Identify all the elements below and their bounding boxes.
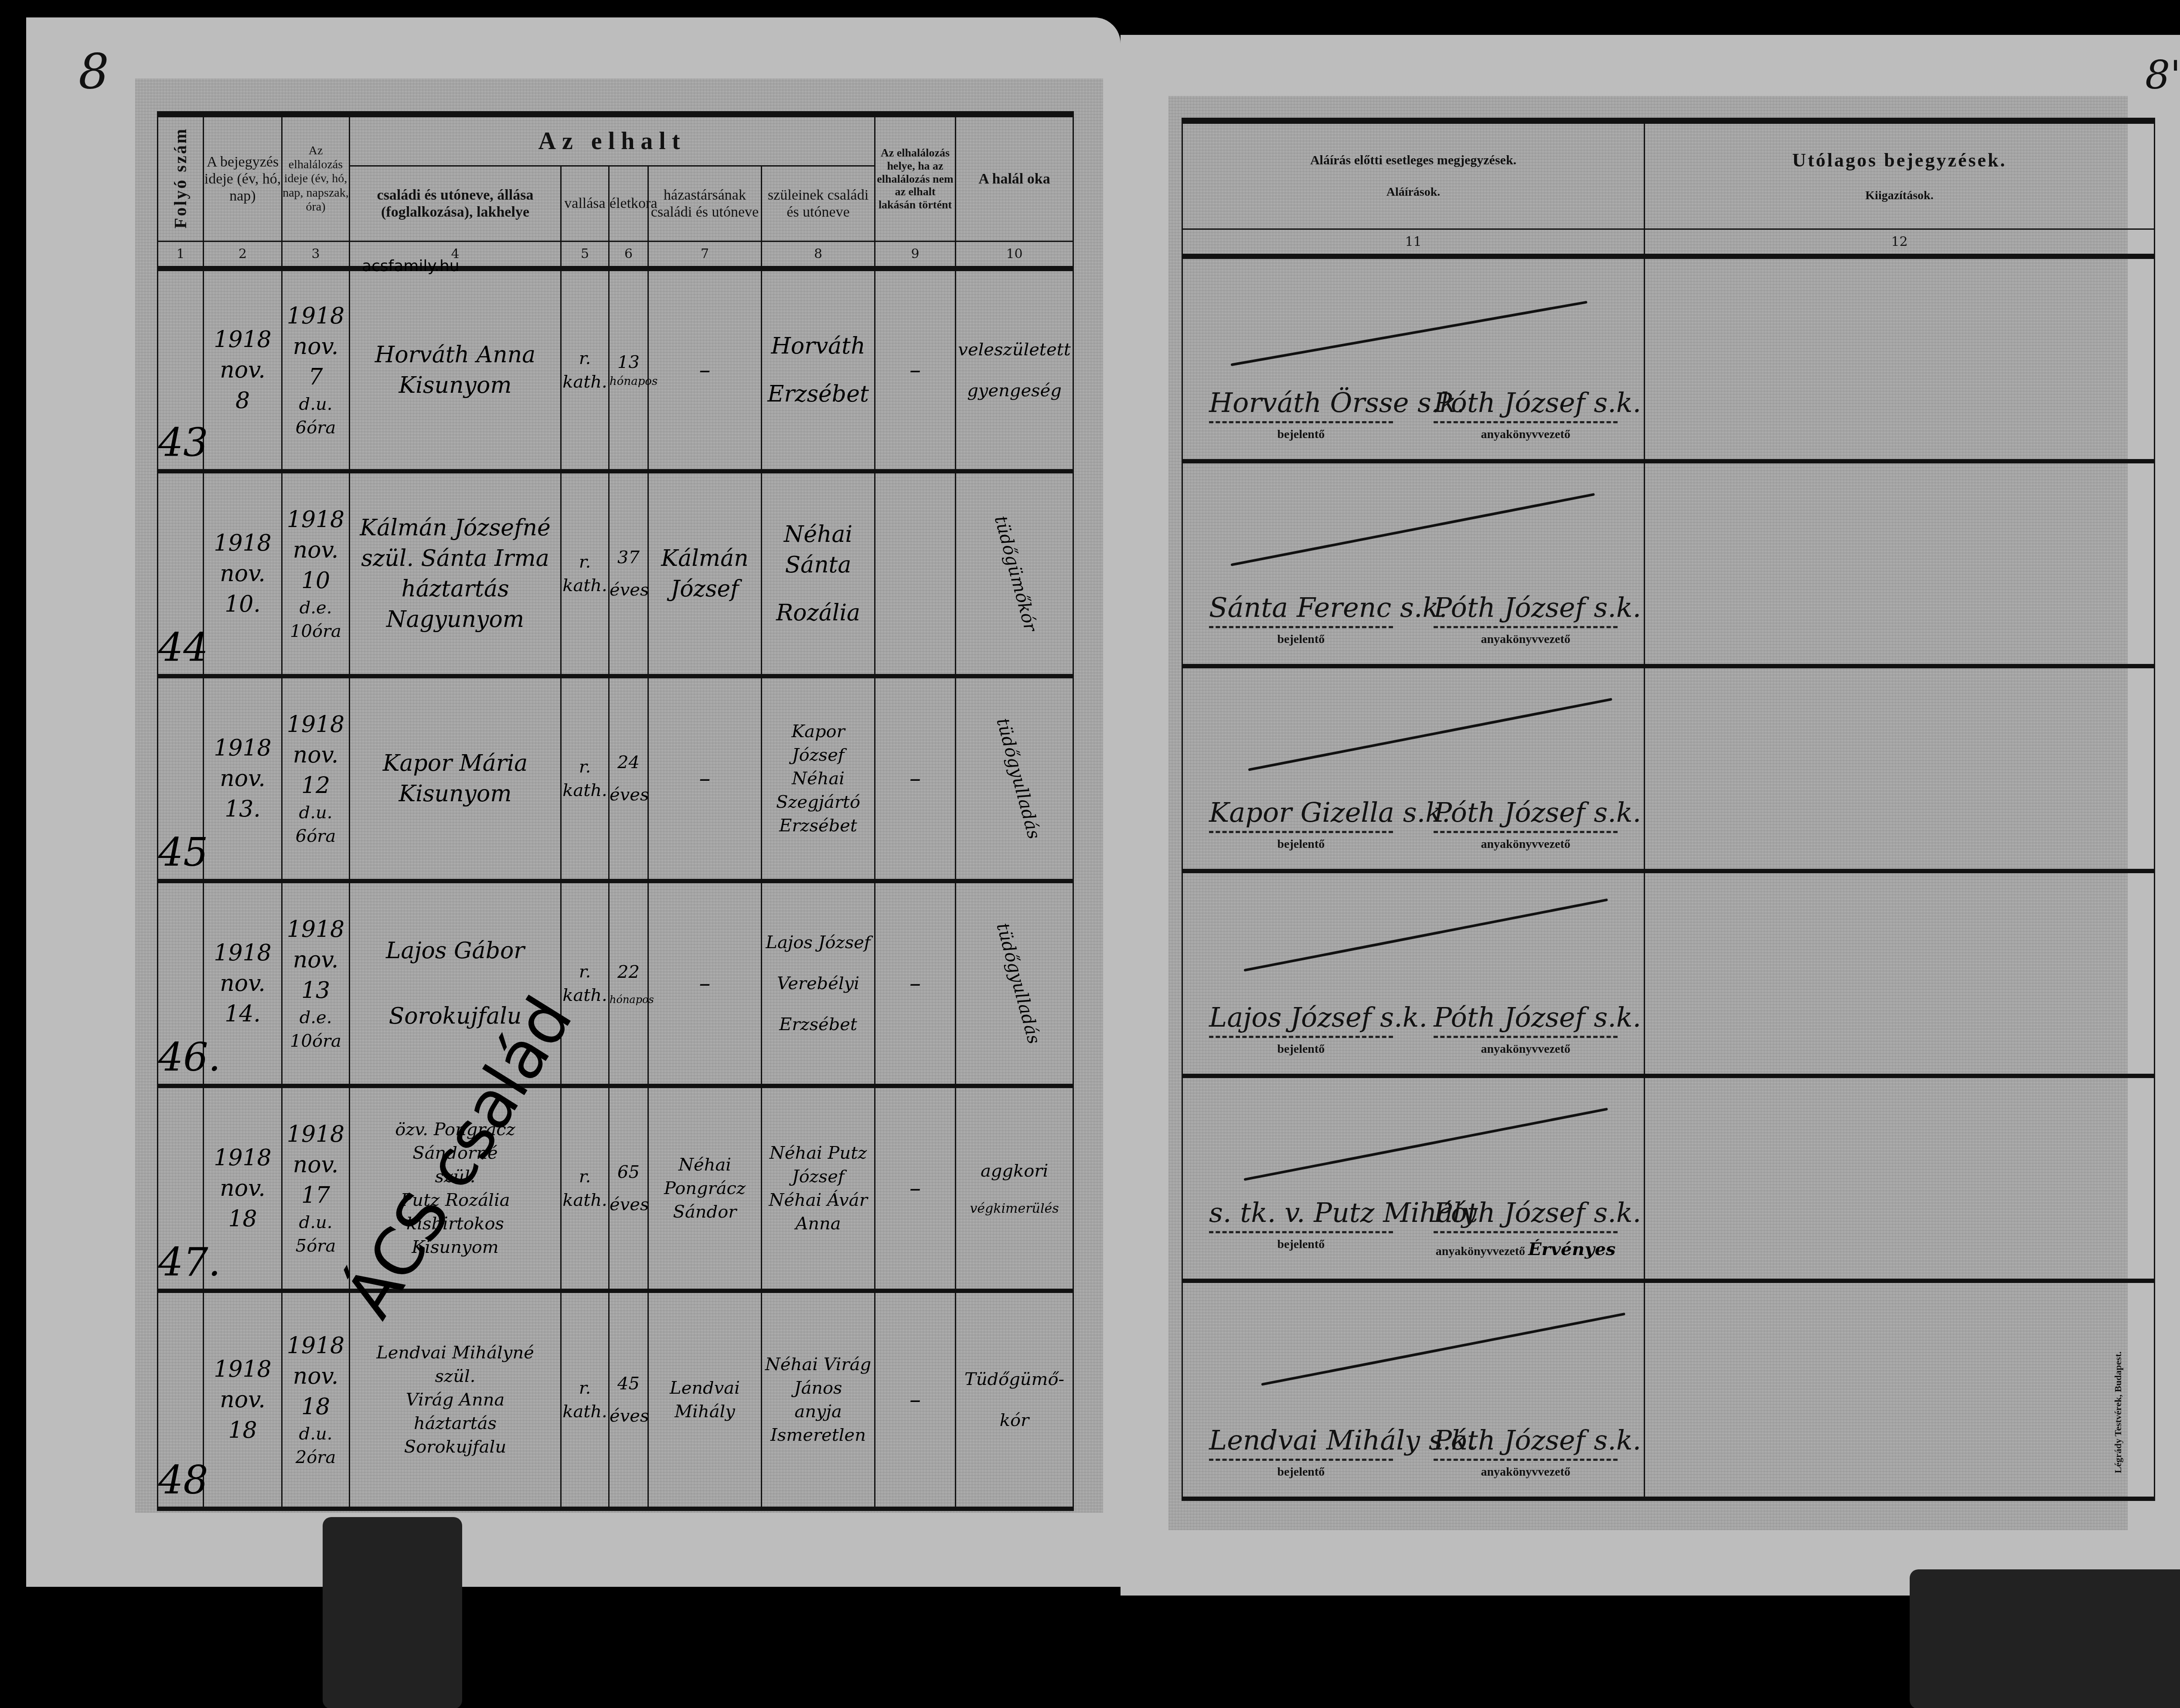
header-serial-number: Folyó szám bbox=[158, 114, 204, 242]
death-year: 1918 bbox=[283, 914, 349, 945]
serial-number: 44 bbox=[158, 625, 208, 670]
header-remarks-signatures: Aláírás előtti esetleges megjegyzések. A… bbox=[1182, 121, 1645, 229]
parent-name: Erzsébet bbox=[762, 814, 874, 837]
registrar-signature: Póth József s.k. bbox=[1434, 1001, 1618, 1033]
informant-signature: Horváth Örsse s.k. bbox=[1209, 387, 1393, 418]
parent-name: Horváth bbox=[762, 331, 874, 361]
signature-row: s. tk. v. Putz Mihálybejelentő Póth Józs… bbox=[1182, 1076, 2155, 1281]
entry-month: nov. bbox=[204, 1173, 281, 1204]
spouse-name: Kálmán József bbox=[661, 545, 748, 602]
col-number: 11 bbox=[1182, 229, 1645, 257]
death-place: – bbox=[909, 357, 921, 383]
death-day: 10 bbox=[283, 565, 349, 596]
death-year: 1918 bbox=[283, 504, 349, 535]
age-unit: hónapos bbox=[610, 374, 647, 389]
header-cause-of-death: A halál oka bbox=[956, 114, 1073, 242]
header-spouse-name: házastársának családi és utóneve bbox=[648, 166, 762, 242]
deceased-name: Kapor Mária bbox=[350, 748, 560, 779]
parent-name: Szegjártó bbox=[762, 790, 874, 814]
spouse-name: – bbox=[699, 970, 711, 997]
spouse-name: Lendvai Mihály bbox=[670, 1378, 740, 1422]
parent-name: Rozália bbox=[762, 598, 874, 628]
col-number: 10 bbox=[956, 242, 1073, 269]
registrar-signature: Póth József s.k. bbox=[1434, 796, 1618, 828]
informant-signature: Lajos József s.k. bbox=[1209, 1001, 1393, 1033]
printer-imprint: Légrády Testvérek, Budapest. bbox=[2112, 1351, 2124, 1473]
entry-year: 1918 bbox=[204, 1354, 281, 1385]
spouse-name: Néhai Pongrácz Sándor bbox=[664, 1155, 746, 1222]
cause-of-death: tüdőgümőkór bbox=[989, 513, 1042, 634]
registrar-label: anyakönyvvezető bbox=[1434, 1042, 1618, 1056]
entry-year: 1918 bbox=[204, 733, 281, 763]
death-place: – bbox=[909, 766, 921, 792]
col-number: 1 bbox=[158, 242, 204, 269]
later-entries-cell bbox=[1645, 666, 2155, 871]
death-day: 18 bbox=[283, 1392, 349, 1422]
death-day: 13 bbox=[283, 975, 349, 1006]
parent-name: Néhai Virág bbox=[762, 1353, 874, 1376]
strike-line bbox=[1230, 301, 1587, 366]
age-unit: éves bbox=[610, 1404, 647, 1428]
parent-name: József bbox=[762, 1165, 874, 1188]
entry-year: 1918 bbox=[204, 528, 281, 558]
maiden-prefix: szül. bbox=[350, 1364, 560, 1388]
col-number: 9 bbox=[875, 242, 956, 269]
strike-line bbox=[1243, 898, 1608, 972]
parent-name: Néhai Putz bbox=[762, 1141, 874, 1165]
later-entries-cell bbox=[1645, 256, 2155, 461]
registrar-signature: Póth József s.k. bbox=[1434, 387, 1618, 418]
registrar-signature: Póth József s.k. bbox=[1434, 592, 1618, 623]
informant-label: bejelentő bbox=[1209, 1465, 1393, 1479]
death-month: nov. bbox=[283, 740, 349, 770]
residence: Sorokujfalu bbox=[350, 1435, 560, 1459]
age-value: 13 bbox=[610, 350, 647, 374]
deceased-name: Kálmán Józsefné bbox=[350, 513, 560, 543]
age-value: 45 bbox=[610, 1372, 647, 1395]
entry-month: nov. bbox=[204, 1385, 281, 1415]
registrar-signature: Póth József s.k. bbox=[1434, 1424, 1618, 1456]
death-month: nov. bbox=[283, 535, 349, 565]
death-hour: d.e. 10óra bbox=[283, 1006, 349, 1053]
registrar-label: anyakönyvvezető bbox=[1436, 1245, 1525, 1258]
parent-name: János bbox=[762, 1376, 874, 1400]
table-row: 48 1918nov.18 1918nov.18d.u. 2óra Lendva… bbox=[158, 1291, 1073, 1509]
death-hour: d.u. 6óra bbox=[283, 801, 349, 848]
death-place: – bbox=[909, 1387, 921, 1413]
death-year: 1918 bbox=[283, 301, 349, 331]
cause-of-death: végkimerülés bbox=[956, 1200, 1073, 1218]
binding-clip bbox=[1910, 1569, 2180, 1708]
parent-name: Erzsébet bbox=[762, 1013, 874, 1036]
strike-line bbox=[1230, 493, 1595, 566]
age-unit: éves bbox=[610, 578, 647, 602]
cause-of-death: veleszületett bbox=[956, 338, 1073, 361]
age-unit: hónapos bbox=[610, 993, 647, 1007]
death-place: – bbox=[909, 970, 921, 997]
header-death-place: Az elhalálozás helye, ha az elhalálozás … bbox=[875, 114, 956, 242]
header-name-occupation-residence: családi és utóneve, állása (foglalkozása… bbox=[350, 166, 561, 242]
cause-of-death: gyengeség bbox=[956, 379, 1073, 402]
death-month: nov. bbox=[283, 945, 349, 975]
religion: r. kath. bbox=[562, 962, 607, 1005]
table-row: 45 1918nov.13. 1918nov.12d.u. 6óra Kapor… bbox=[158, 676, 1073, 881]
occupation: háztartás bbox=[350, 574, 560, 604]
serial-number: 43 bbox=[158, 420, 208, 466]
informant-signature: Sánta Ferenc s.k. bbox=[1209, 592, 1393, 623]
parent-name: Néhai bbox=[762, 767, 874, 790]
death-month: nov. bbox=[283, 1361, 349, 1392]
residence: Kisunyom bbox=[350, 779, 560, 809]
later-entries-cell bbox=[1645, 1076, 2155, 1281]
header-parents-names: szüleinek családi és utóneve bbox=[762, 166, 875, 242]
death-hour: d.u. 6óra bbox=[283, 392, 349, 439]
col-number: 8 bbox=[762, 242, 875, 269]
death-year: 1918 bbox=[283, 1119, 349, 1150]
informant-label: bejelentő bbox=[1209, 428, 1393, 442]
religion: r. kath. bbox=[562, 552, 607, 595]
death-month: nov. bbox=[283, 1150, 349, 1180]
residence: Kisunyom bbox=[350, 370, 560, 401]
spouse-name: – bbox=[699, 357, 711, 383]
serial-number: 48 bbox=[158, 1457, 208, 1503]
informant-label: bejelentő bbox=[1209, 1042, 1393, 1056]
parent-name: anyja bbox=[762, 1400, 874, 1423]
death-day: 7 bbox=[283, 362, 349, 392]
strike-line bbox=[1248, 698, 1612, 771]
right-page-number: 8' bbox=[2145, 52, 2180, 98]
religion: r. kath. bbox=[562, 1378, 607, 1422]
table-row: 43 1918nov.8 1918nov.7d.u. 6óra Horváth … bbox=[158, 269, 1073, 471]
col-number: 3 bbox=[282, 242, 350, 269]
entry-day: 14. bbox=[204, 999, 281, 1029]
death-month: nov. bbox=[283, 331, 349, 362]
header-age: életkora bbox=[609, 166, 648, 242]
age-unit: éves bbox=[610, 783, 647, 806]
registrar-signature: Póth József s.k. bbox=[1434, 1197, 1618, 1228]
deceased-name: Horváth Anna bbox=[350, 340, 560, 370]
cause-of-death: aggkori bbox=[956, 1159, 1073, 1183]
informant-signature: Lendvai Mihály s.k. bbox=[1209, 1424, 1393, 1456]
parent-name: Néhai Ávár bbox=[762, 1188, 874, 1212]
col-number: 5 bbox=[561, 242, 609, 269]
header-death-time: Az elhalálozás ideje (év, hó, nap, napsz… bbox=[282, 114, 350, 242]
informant-label: bejelentő bbox=[1209, 837, 1393, 851]
signature-row: Horváth Örsse s.k.bejelentő Póth József … bbox=[1182, 256, 2155, 461]
serial-number: 45 bbox=[158, 830, 208, 875]
cause-of-death: tüdőgyulladás bbox=[991, 920, 1046, 1046]
col-number: 12 bbox=[1645, 229, 2155, 257]
table-row: 46. 1918nov.14. 1918nov.13d.e. 10óra Laj… bbox=[158, 881, 1073, 1086]
death-hour: d.e. 10óra bbox=[283, 596, 349, 643]
deceased-name: Lendvai Mihályné bbox=[350, 1341, 560, 1364]
entry-day: 18 bbox=[204, 1204, 281, 1234]
death-hour: d.u. 5óra bbox=[283, 1211, 349, 1258]
later-entries-cell bbox=[1645, 1281, 2155, 1499]
signature-row: Sánta Ferenc s.k.bejelentő Póth József s… bbox=[1182, 461, 2155, 666]
age-value: 37 bbox=[610, 546, 647, 569]
parent-name: Néhai Sánta bbox=[762, 519, 874, 580]
serial-number: 46. bbox=[158, 1034, 221, 1080]
table-row: 44 1918nov.10. 1918nov.10d.e. 10óra Kálm… bbox=[158, 471, 1073, 676]
death-register-table: Folyó szám A bejegyzés ideje (év, hó, na… bbox=[157, 111, 1074, 1511]
header-later-entries: Utólagos bejegyzések. Kiigazítások. bbox=[1645, 121, 2155, 229]
informant-label: bejelentő bbox=[1209, 1238, 1393, 1252]
religion: r. kath. bbox=[562, 757, 607, 800]
occupation: háztartás bbox=[350, 1412, 560, 1435]
entry-month: nov. bbox=[204, 355, 281, 385]
religion: r. kath. bbox=[562, 1167, 607, 1210]
header-deceased-group: Az elhalt bbox=[350, 114, 875, 166]
parent-name: Kapor bbox=[762, 720, 874, 743]
maiden-name: Virág Anna bbox=[350, 1388, 560, 1412]
entry-year: 1918 bbox=[204, 1143, 281, 1173]
site-watermark: acsfamily.hu bbox=[362, 257, 460, 275]
entry-year: 1918 bbox=[204, 324, 281, 355]
entry-month: nov. bbox=[204, 558, 281, 589]
signatures-table: Aláírás előtti esetleges megjegyzések. A… bbox=[1182, 118, 2155, 1501]
registrar-label: anyakönyvvezető bbox=[1434, 837, 1618, 851]
cause-of-death: Tüdőgümő- bbox=[956, 1368, 1073, 1391]
table-row: 47. 1918nov.18 1918nov.17d.u. 5óra özv. … bbox=[158, 1086, 1073, 1291]
registrar-label: anyakönyvvezető bbox=[1434, 428, 1618, 442]
entry-month: nov. bbox=[204, 968, 281, 999]
registrar-label: anyakönyvvezető bbox=[1434, 633, 1618, 646]
death-place: – bbox=[909, 1175, 921, 1201]
entry-day: 18 bbox=[204, 1415, 281, 1446]
entry-year: 1918 bbox=[204, 938, 281, 968]
parent-name: Ismeretlen bbox=[762, 1423, 874, 1447]
religion: r. kath. bbox=[562, 348, 607, 392]
strike-line bbox=[1243, 1108, 1608, 1181]
age-value: 65 bbox=[610, 1160, 647, 1184]
strike-line bbox=[1261, 1313, 1625, 1386]
maiden-name: szül. Sánta Irma bbox=[350, 543, 560, 574]
informant-signature: Kapor Gizella s.k. bbox=[1209, 796, 1393, 828]
signature-row: Lendvai Mihály s.k.bejelentő Póth József… bbox=[1182, 1281, 2155, 1499]
parent-name: József bbox=[762, 743, 874, 767]
death-year: 1918 bbox=[283, 1330, 349, 1361]
parent-name: Lajos József bbox=[762, 931, 874, 954]
entry-day: 8 bbox=[204, 385, 281, 416]
death-day: 17 bbox=[283, 1180, 349, 1211]
header-entry-date: A bejegyzés ideje (év, hó, nap) bbox=[204, 114, 282, 242]
residence: Nagyunyom bbox=[350, 604, 560, 635]
age-unit: éves bbox=[610, 1193, 647, 1216]
cause-of-death: kór bbox=[956, 1409, 1073, 1432]
parent-name: Erzsébet bbox=[762, 379, 874, 409]
spouse-name: – bbox=[699, 766, 711, 792]
deceased-name: Lajos Gábor bbox=[350, 936, 560, 966]
parent-name: Verebélyi bbox=[762, 972, 874, 995]
death-hour: d.u. 2óra bbox=[283, 1422, 349, 1469]
informant-label: bejelentő bbox=[1209, 633, 1393, 646]
left-page-number: 8 bbox=[78, 44, 109, 99]
death-year: 1918 bbox=[283, 709, 349, 740]
later-entries-cell bbox=[1645, 871, 2155, 1076]
entry-day: 13. bbox=[204, 794, 281, 824]
header-religion: vallása bbox=[561, 166, 609, 242]
col-number: 2 bbox=[204, 242, 282, 269]
age-value: 24 bbox=[610, 751, 647, 774]
death-day: 12 bbox=[283, 770, 349, 801]
age-value: 22 bbox=[610, 960, 647, 984]
binding-clip bbox=[323, 1517, 462, 1708]
informant-signature: s. tk. v. Putz Mihály bbox=[1209, 1197, 1393, 1228]
signature-row: Lajos József s.k.bejelentő Póth József s… bbox=[1182, 871, 2155, 1076]
serial-number: 47. bbox=[158, 1239, 221, 1285]
signature-row: Kapor Gizella s.k.bejelentő Póth József … bbox=[1182, 666, 2155, 871]
entry-day: 10. bbox=[204, 589, 281, 619]
parent-name: Anna bbox=[762, 1212, 874, 1235]
validity-note: Érvényes bbox=[1528, 1239, 1616, 1259]
registrar-label: anyakönyvvezető bbox=[1434, 1465, 1618, 1479]
col-number: 7 bbox=[648, 242, 762, 269]
entry-month: nov. bbox=[204, 763, 281, 794]
col-number: 6 bbox=[609, 242, 648, 269]
later-entries-cell bbox=[1645, 461, 2155, 666]
cause-of-death: tüdőgyulladás bbox=[991, 715, 1046, 841]
